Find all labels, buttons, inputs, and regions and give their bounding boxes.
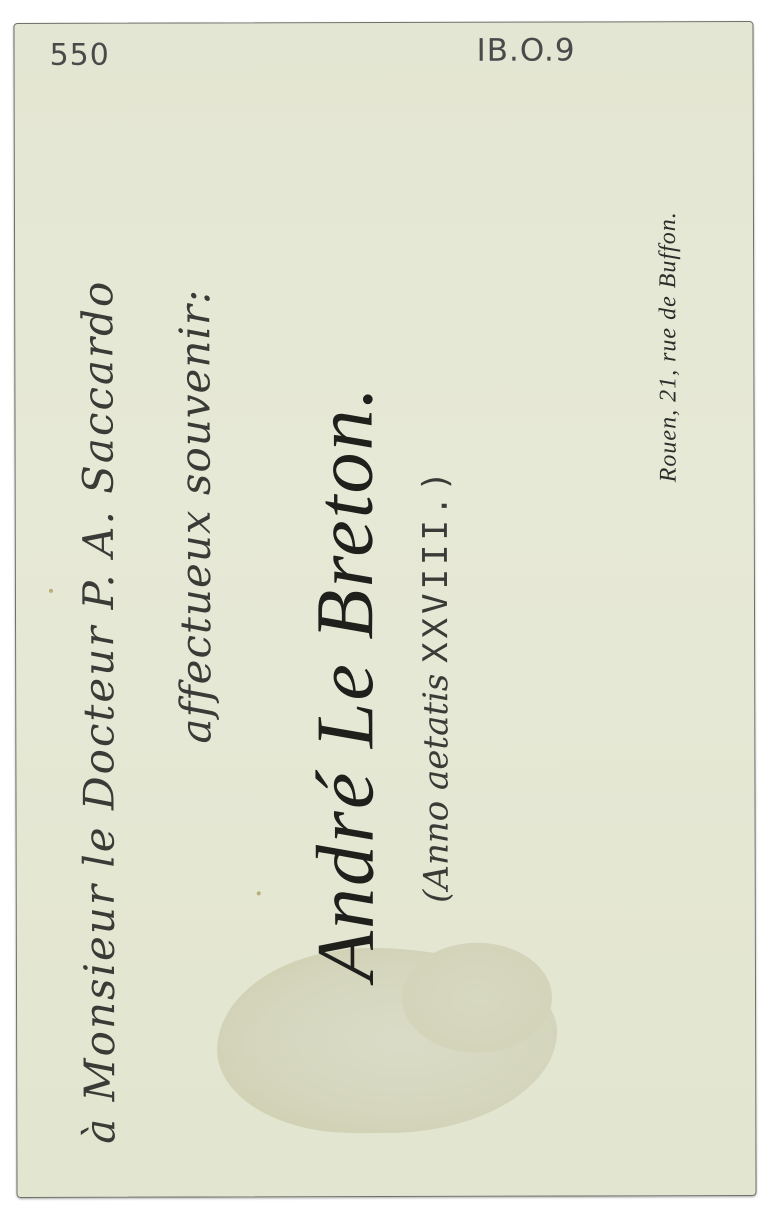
age-note: (Anno aetatis XXVIII.) (416, 467, 457, 903)
age-note-roman: XXVIII.) (416, 467, 457, 663)
calling-card: 550 IB.O.9 à Monsieur le Docteur P. A. S… (13, 21, 756, 1198)
age-note-prefix: (Anno aetatis (416, 674, 457, 903)
printed-address: Rouen, 21, rue de Buffon. (655, 211, 683, 482)
archive-number: 550 (50, 38, 110, 73)
signature: André Le Breton. (297, 385, 393, 981)
archive-code: IB.O.9 (476, 32, 575, 68)
water-stain-lobe (402, 943, 552, 1053)
paper-speck (257, 891, 261, 895)
paper-speck (49, 589, 53, 593)
dedication-line-2: affectueux souvenir: (170, 289, 220, 744)
dedication-line-1: à Monsieur le Docteur P. A. Saccardo (73, 280, 124, 1144)
